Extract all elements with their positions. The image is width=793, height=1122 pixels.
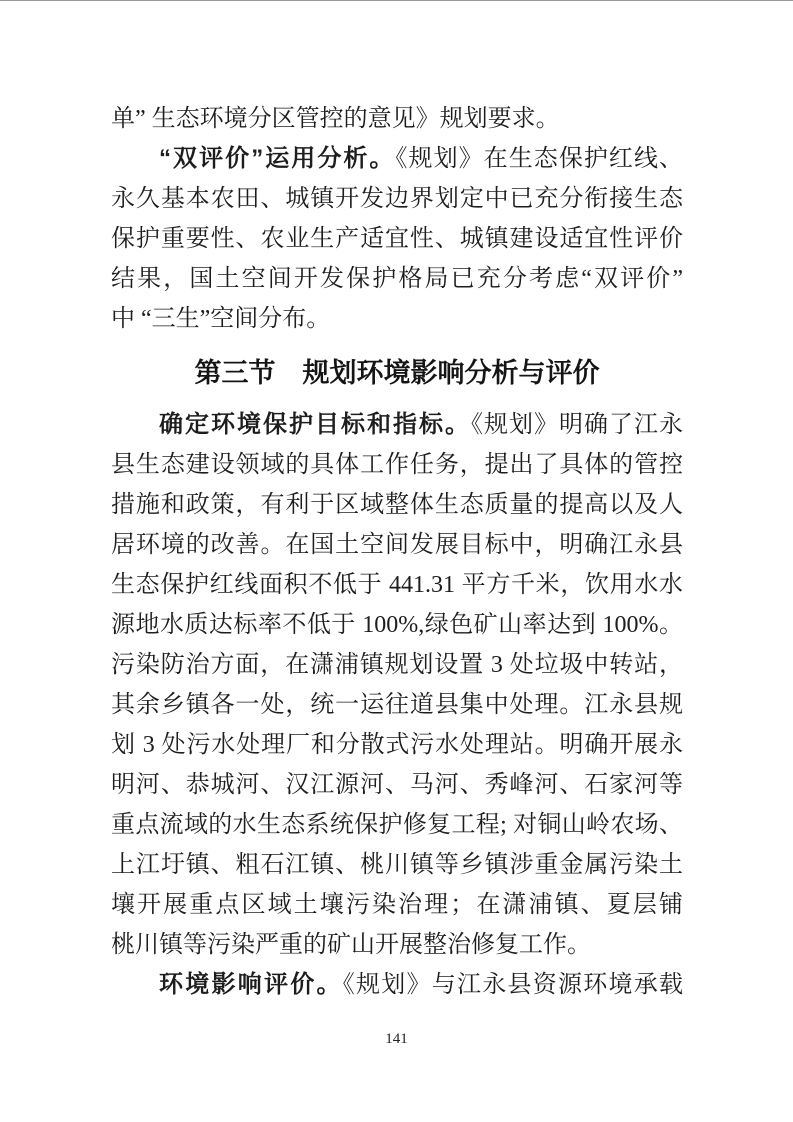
paragraph-dual-evaluation-analysis: “双评价”运用分析。《规划》在生态保护红线、 永久基本农田、城镇开发边界划定中已… xyxy=(111,139,683,339)
text-line: 明河、恭城河、汉江源河、马河、秀峰河、石家河等 xyxy=(111,765,683,805)
text-line: 确定环境保护目标和指标。《规划》明确了江永 xyxy=(111,405,683,445)
paragraph-lead-bold: “双评价”运用分析。 xyxy=(159,145,395,172)
text-line: “双评价”运用分析。《规划》在生态保护红线、 xyxy=(111,139,683,179)
text-line: 永久基本农田、城镇开发边界划定中已充分衔接生态 xyxy=(111,179,683,219)
paragraph-environment-protection-targets: 确定环境保护目标和指标。《规划》明确了江永 县生态建设领域的具体工作任务，提出了… xyxy=(111,405,683,965)
text-line: 措施和政策，有利于区域整体生态质量的提高以及人 xyxy=(111,485,683,525)
section-heading: 第三节 规划环境影响分析与评价 xyxy=(111,353,683,393)
text-line: 源地水质达标率不低于 100%,绿色矿山率达到 100%。 xyxy=(111,605,683,645)
text-run: 《规划》在生态保护红线、 xyxy=(395,146,683,172)
paragraph-continued-from-previous-page: 单” 生态环境分区管控的意见》规划要求。 xyxy=(111,99,683,139)
text-line: 桃川镇等污染严重的矿山开展整治修复工作。 xyxy=(111,925,683,965)
text-line: 壤开展重点区域土壤污染治理；在潇浦镇、夏层铺镇、 xyxy=(111,885,683,925)
text-line: 划 3 处污水处理厂和分散式污水处理站。明确开展永 xyxy=(111,725,683,765)
text-line: 县生态建设领域的具体工作任务，提出了具体的管控 xyxy=(111,445,683,485)
text-line: 污染防治方面，在潇浦镇规划设置 3 处垃圾中转站， xyxy=(111,645,683,685)
text-run: 《规划》明确了江永 xyxy=(471,412,683,438)
text-line: 重点流域的水生态系统保护修复工程; 对铜山岭农场、 xyxy=(111,805,683,845)
text-run: 《规划》与江永县资源环境承载 xyxy=(343,972,683,998)
text-line: 环境影响评价。《规划》与江永县资源环境承载 xyxy=(111,965,683,1005)
text-line: 生态保护红线面积不低于 441.31 平方千米，饮用水水 xyxy=(111,565,683,605)
text-line: 居环境的改善。在国土空间发展目标中，明确江永县 xyxy=(111,525,683,565)
text-line: 中 “三生”空间分布。 xyxy=(111,299,683,339)
paragraph-lead-bold: 环境影响评价。 xyxy=(159,971,343,998)
text-line: 其余乡镇各一处，统一运往道县集中处理。江永县规 xyxy=(111,685,683,725)
text-line: 单” 生态环境分区管控的意见》规划要求。 xyxy=(111,99,683,139)
page-number: 141 xyxy=(0,1031,793,1048)
text-line: 保护重要性、农业生产适宜性、城镇建设适宜性评价 xyxy=(111,219,683,259)
document-page: 单” 生态环境分区管控的意见》规划要求。 “双评价”运用分析。《规划》在生态保护… xyxy=(0,0,793,1122)
paragraph-lead-bold: 确定环境保护目标和指标。 xyxy=(159,411,471,438)
text-line: 上江圩镇、粗石江镇、桃川镇等乡镇涉重金属污染土 xyxy=(111,845,683,885)
text-column: 单” 生态环境分区管控的意见》规划要求。 “双评价”运用分析。《规划》在生态保护… xyxy=(111,99,683,1005)
text-line: 结果，国土空间开发保护格局已充分考虑“双评价” xyxy=(111,259,683,299)
paragraph-environmental-impact-evaluation: 环境影响评价。《规划》与江永县资源环境承载 xyxy=(111,965,683,1005)
